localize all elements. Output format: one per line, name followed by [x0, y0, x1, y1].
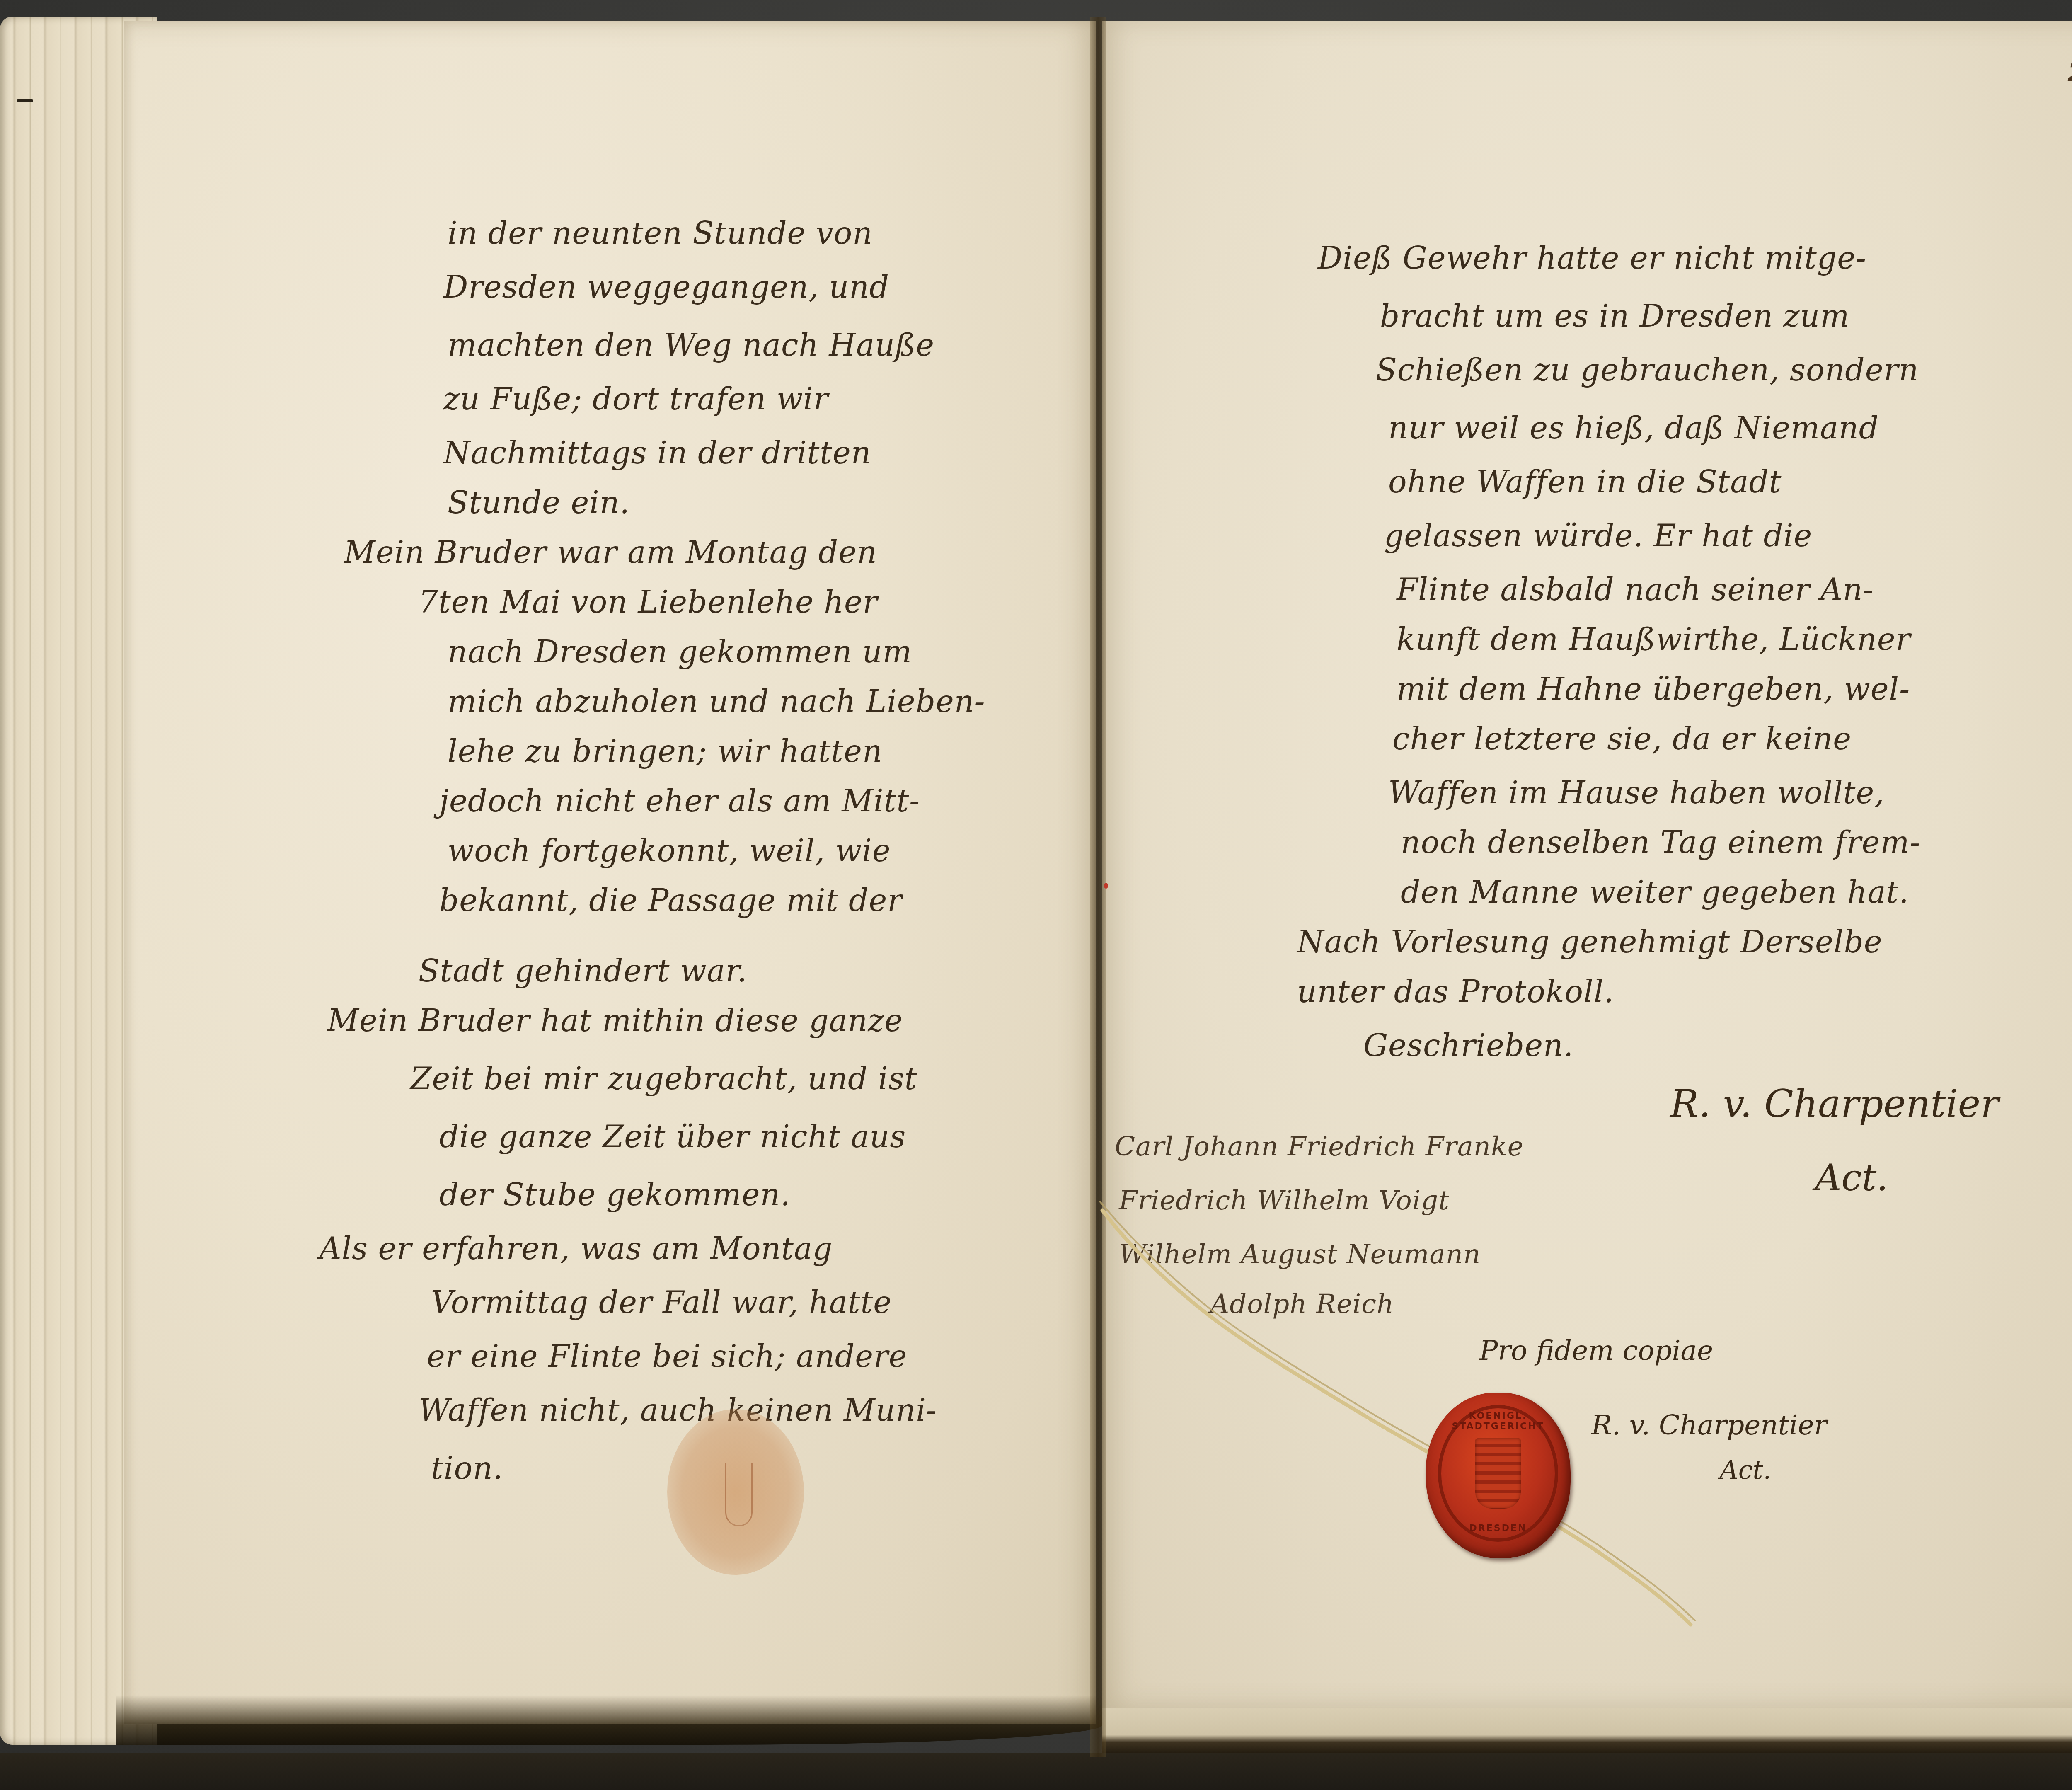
text-line: nur weil es hieß, daß Niemand — [1388, 410, 1879, 446]
witness-signature: Carl Johann Friedrich Franke — [1115, 1131, 1524, 1162]
seal-inscription-top: KOENIGL. STADTGERICHT — [1426, 1411, 1571, 1432]
text-line: cher letztere sie, da er keine — [1392, 721, 1852, 757]
wax-seal: KOENIGL. STADTGERICHT DRESDEN — [1426, 1393, 1571, 1558]
text-line: er eine Flinte bei sich; andere — [427, 1339, 907, 1374]
text-line: unter das Protokoll. — [1297, 974, 1614, 1010]
text-line: woch fortgekonnt, weil, wie — [448, 833, 891, 869]
witness-signature: Wilhelm August Neumann — [1119, 1239, 1481, 1270]
witness-signature: Adolph Reich — [1210, 1289, 1394, 1320]
text-line: zu Fuße; dort trafen wir — [443, 381, 828, 417]
text-line: ohne Waffen in die Stadt — [1388, 464, 1782, 500]
text-line: noch denselben Tag einem frem- — [1401, 825, 1920, 860]
attestation-title: Act. — [1720, 1455, 1771, 1485]
attestation-signature: R. v. Charpentier — [1591, 1409, 1827, 1441]
text-line: jedoch nicht eher als am Mitt- — [439, 783, 920, 819]
bottom-shadow — [0, 1753, 2072, 1790]
official-title: Act. — [1815, 1156, 1888, 1199]
seal-coat-of-arms-icon — [1475, 1438, 1521, 1509]
text-line: Mein Bruder war am Montag den — [344, 535, 877, 570]
water-stain — [667, 1409, 804, 1575]
official-signature: R. v. Charpentier — [1670, 1082, 1999, 1126]
text-line: Schießen zu gebrauchen, sondern — [1376, 352, 1919, 388]
stain-imprint — [725, 1463, 753, 1526]
text-line: Nach Vorlesung genehmigt Derselbe — [1297, 924, 1883, 960]
text-line: in der neunten Stunde von — [448, 216, 873, 251]
text-line: tion. — [431, 1451, 503, 1486]
text-line: lehe zu bringen; wir hatten — [448, 734, 883, 769]
left-page-shadow — [116, 1695, 1102, 1745]
text-line: Dresden weggegangen, und — [443, 269, 889, 305]
text-line: Waffen im Hause haben wollte, — [1388, 775, 1885, 811]
text-line: die ganze Zeit über nicht aus — [439, 1119, 906, 1155]
text-line: Stadt gehindert war. — [419, 953, 747, 989]
text-line: nach Dresden gekommen um — [448, 634, 912, 670]
text-line: Dieß Gewehr hatte er nicht mitge- — [1318, 240, 1866, 276]
text-line: machten den Weg nach Hauße — [448, 327, 934, 363]
text-line: Als er erfahren, was am Montag — [319, 1231, 833, 1267]
text-line: mich abzuholen und nach Lieben- — [448, 684, 985, 719]
text-line: Mein Bruder hat mithin diese ganze — [327, 1003, 903, 1039]
text-line: den Manne weiter gegeben hat. — [1401, 874, 1909, 910]
text-line: mit dem Hahne übergeben, wel- — [1397, 671, 1910, 707]
seal-inscription-bottom: DRESDEN — [1426, 1523, 1571, 1533]
attestation-text: Pro fidem copiae — [1479, 1335, 1713, 1366]
page-number: 22 — [2068, 58, 2072, 87]
text-line: der Stube gekommen. — [439, 1177, 791, 1213]
text-line: bekannt, die Passage mit der — [439, 883, 903, 918]
paper-tear — [17, 99, 33, 102]
text-line: Vormittag der Fall war, hatte — [431, 1285, 892, 1320]
bottom-page-edges — [1102, 1708, 2072, 1757]
text-line: Zeit bei mir zugebracht, und ist — [410, 1061, 917, 1097]
text-line: gelassen würde. Er hat die — [1384, 518, 1812, 554]
text-line: Geschrieben. — [1363, 1028, 1573, 1063]
text-line: Flinte alsbald nach seiner An- — [1397, 572, 1874, 608]
ink-spot — [1104, 883, 1108, 889]
scan-background: 22 in der neunten Stunde von Dresden weg… — [0, 0, 2072, 1790]
text-line: kunft dem Haußwirthe, Lückner — [1397, 622, 1911, 657]
text-line: 7ten Mai von Liebenlehe her — [419, 584, 878, 620]
witness-signature: Friedrich Wilhelm Voigt — [1119, 1185, 1450, 1216]
text-line: Waffen nicht, auch keinen Muni- — [419, 1393, 937, 1428]
text-line: bracht um es in Dresden zum — [1380, 298, 1849, 334]
text-line: Nachmittags in der dritten — [443, 435, 871, 471]
text-line: Stunde ein. — [448, 485, 630, 521]
